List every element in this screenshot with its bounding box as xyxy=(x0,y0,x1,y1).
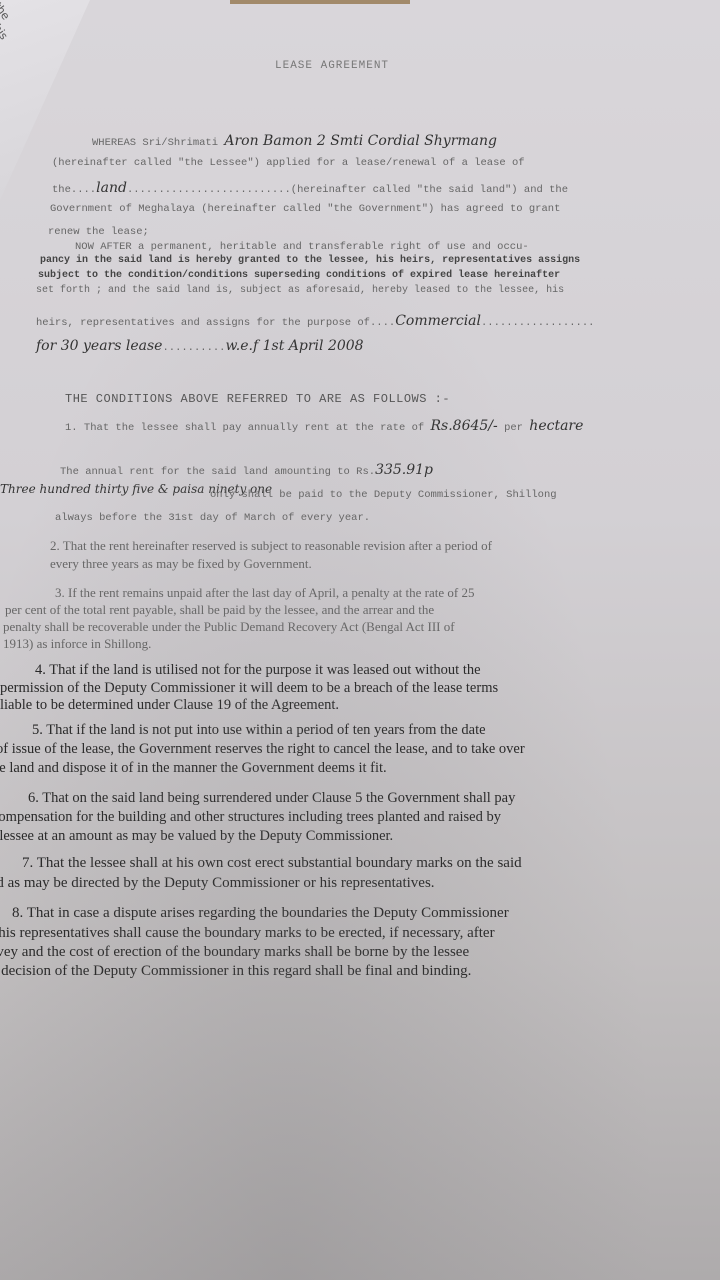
recital-the: the xyxy=(52,184,71,196)
annual-rent-prefix: The annual rent for the said land amount… xyxy=(60,466,375,478)
conditions-heading: THE CONDITIONS ABOVE REFERRED TO ARE AS … xyxy=(65,392,450,406)
underlying-page: the nd his by of xyxy=(0,0,90,200)
condition-1-line-3: only shall be paid to the Deputy Commiss… xyxy=(210,489,557,501)
effective-date-handwritten: w.e.f 1st April 2008 xyxy=(225,338,363,354)
per-text: per xyxy=(504,422,523,434)
condition-5-line-1: 5. That if the land is not put into use … xyxy=(32,722,486,739)
condition-4-line-3: liable to be determined under Clause 19 … xyxy=(0,697,339,714)
recital-prefix: WHEREAS Sri/Shrimati xyxy=(92,137,218,149)
condition-8-line-3: survey and the cost of erection of the b… xyxy=(0,944,469,961)
grant-line-1: NOW AFTER a permanent, heritable and tra… xyxy=(75,241,529,253)
condition-text: That the lessee shall pay annually rent … xyxy=(84,422,424,434)
document-title: LEASE AGREEMENT xyxy=(275,60,389,72)
grant-line-3: subject to the condition/conditions supe… xyxy=(38,270,560,281)
condition-3-line-1: 3. If the rent remains unpaid after the … xyxy=(55,585,474,601)
area-unit-handwritten: hectare xyxy=(529,418,583,434)
rent-rate-handwritten: Rs.8645/- xyxy=(431,418,498,434)
grant-line-2: pancy in the said land is hereby granted… xyxy=(40,255,580,266)
recital-line-4: Government of Meghalaya (hereinafter cal… xyxy=(50,203,560,215)
grant-line-6: for 30 years lease..........w.e.f 1st Ap… xyxy=(36,338,364,354)
condition-7-line-1: 7. That the lessee shall at his own cost… xyxy=(22,855,522,872)
recital-line-1: WHEREAS Sri/Shrimati Aron Bamon 2 Smti C… xyxy=(92,133,497,149)
condition-8-line-1: 8. That in case a dispute arises regardi… xyxy=(12,905,509,922)
condition-3-line-4: 1913) as inforce in Shillong. xyxy=(3,636,151,652)
condition-6-line-2: compensation for the building and other … xyxy=(0,809,501,826)
condition-6-line-1: 6. That on the said land being surrender… xyxy=(28,790,515,807)
condition-7-line-2: land as may be directed by the Deputy Co… xyxy=(0,875,435,892)
recital-suffix: (hereinafter called "the said land") and… xyxy=(291,184,568,196)
condition-2-line-2: every three years as may be fixed by Gov… xyxy=(50,556,312,572)
condition-5-line-2: of issue of the lease, the Government re… xyxy=(0,741,525,758)
condition-8-line-4: The decision of the Deputy Commissioner … xyxy=(0,963,471,980)
recital-line-2: (hereinafter called "the Lessee") applie… xyxy=(52,157,525,169)
purpose-prefix: heirs, representatives and assigns for t… xyxy=(36,317,370,329)
condition-5-line-3: the land and dispose it of in the manner… xyxy=(0,760,387,777)
condition-2-line-1: 2. That the rent hereinafter reserved is… xyxy=(50,538,492,554)
background-object-edge xyxy=(230,0,410,4)
annual-rent-amount-handwritten: 335.91p xyxy=(375,462,433,478)
condition-1-line-2: The annual rent for the said land amount… xyxy=(60,462,433,478)
grant-line-4: set forth ; and the said land is, subjec… xyxy=(36,285,564,296)
underlying-page-text: the nd his by of xyxy=(0,0,42,80)
purpose-handwritten: Commercial xyxy=(395,313,481,329)
condition-1-line-1: 1. That the lessee shall pay annually re… xyxy=(65,418,583,434)
condition-8-line-2: or his representatives shall cause the b… xyxy=(0,925,495,942)
grant-line-5: heirs, representatives and assigns for t… xyxy=(36,313,594,329)
condition-1-line-4: always before the 31st day of March of e… xyxy=(55,512,370,524)
condition-4-line-2: permission of the Deputy Commissioner it… xyxy=(0,680,498,697)
condition-number: 1. xyxy=(65,422,78,434)
condition-3-line-3: penalty shall be recoverable under the P… xyxy=(3,619,455,635)
term-handwritten: for 30 years lease xyxy=(36,338,162,354)
recital-line-5: renew the lease; xyxy=(48,226,149,238)
lessee-names-handwritten: Aron Bamon 2 Smti Cordial Shyrmang xyxy=(224,133,497,149)
recital-line-3: the....land..........................(he… xyxy=(52,180,568,196)
condition-6-line-3: the lessee at an amount as may be valued… xyxy=(0,828,393,845)
condition-4-line-1: 4. That if the land is utilised not for … xyxy=(35,662,481,679)
land-handwritten: land xyxy=(96,180,127,196)
condition-3-line-2: per cent of the total rent payable, shal… xyxy=(5,602,434,618)
